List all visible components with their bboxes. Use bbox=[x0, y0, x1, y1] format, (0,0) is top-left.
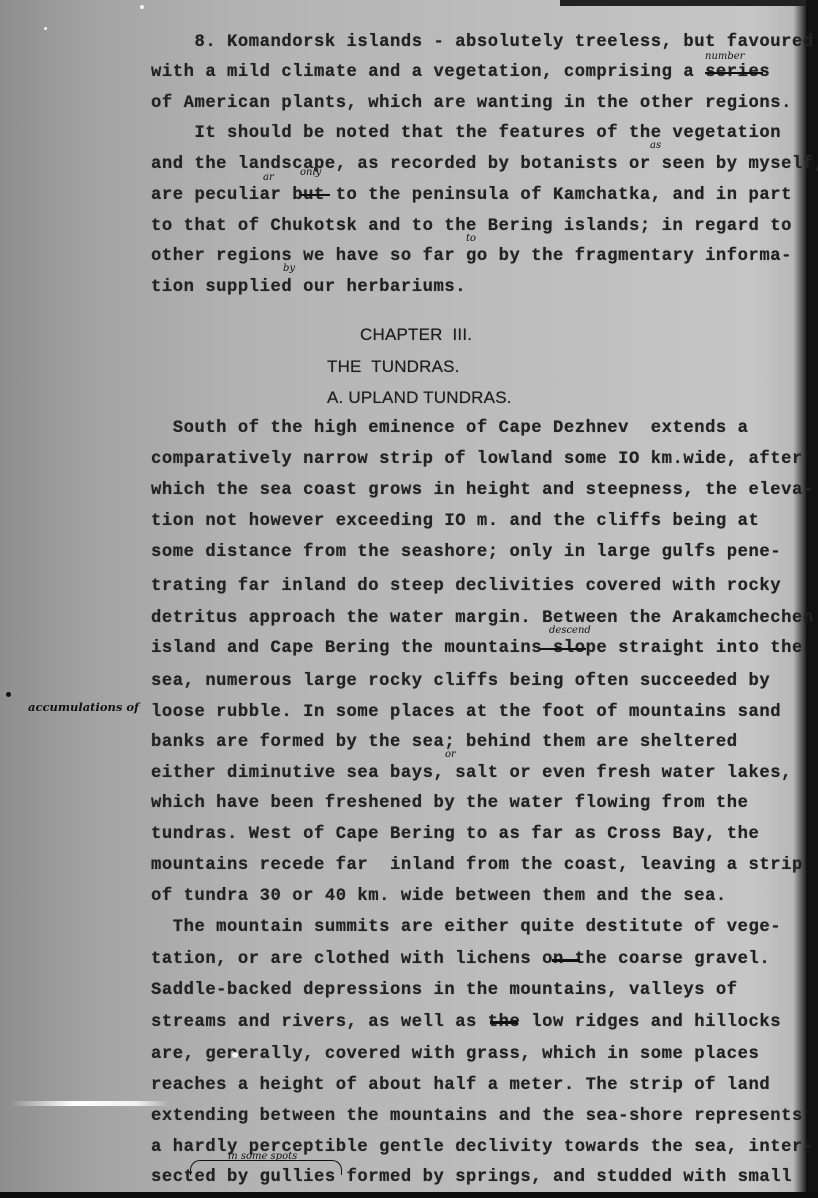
text-line: tundras. West of Cape Bering to as far a… bbox=[151, 825, 759, 844]
text-line: The mountain summits are either quite de… bbox=[151, 918, 781, 937]
text-line: comparatively narrow strip of lowland so… bbox=[151, 450, 803, 469]
text-line: It should be noted that the features of … bbox=[151, 124, 781, 143]
text-line: trating far inland do steep declivities … bbox=[151, 577, 781, 596]
insertion-bracket bbox=[190, 1160, 342, 1175]
strikethrough-the-2 bbox=[490, 1021, 518, 1024]
scan-speck bbox=[232, 1052, 238, 1058]
scan-border-top bbox=[560, 0, 818, 6]
scan-border-bottom bbox=[0, 1192, 818, 1198]
text-line: some distance from the seashore; only in… bbox=[151, 543, 781, 562]
strikethrough-the bbox=[552, 959, 580, 962]
text-line: mountains recede far inland from the coa… bbox=[151, 856, 803, 875]
text-line: sea, numerous large rocky cliffs being o… bbox=[151, 672, 770, 691]
annotation-accumulations-of: accumulations of bbox=[28, 700, 139, 714]
chapter-title: CHAPTER III. bbox=[360, 325, 472, 345]
text-line: are peculiar but to the peninsula of Kam… bbox=[151, 186, 792, 205]
chapter-subtitle: THE TUNDRAS. bbox=[327, 357, 460, 377]
text-line: tion supplied our herbariums. bbox=[151, 278, 466, 297]
annotation-descend: descend bbox=[549, 625, 591, 636]
text-line: other regions we have so far go by the f… bbox=[151, 247, 792, 266]
strikethrough-series bbox=[705, 72, 763, 74]
text-line: with a mild climate and a vegetation, co… bbox=[151, 63, 770, 82]
text-line: reaches a height of about half a meter. … bbox=[151, 1076, 770, 1095]
text-line: either diminutive sea bays, salt or even… bbox=[151, 764, 792, 783]
text-line: island and Cape Bering the mountains slo… bbox=[151, 639, 803, 658]
text-line: streams and rivers, as well as the low r… bbox=[151, 1013, 781, 1032]
annotation-number: number bbox=[705, 51, 744, 62]
scan-artifact-streak bbox=[10, 1101, 170, 1106]
text-line: loose rubble. In some places at the foot… bbox=[151, 703, 781, 722]
section-title: A. UPLAND TUNDRAS. bbox=[327, 388, 512, 408]
text-line: Saddle-backed depressions in the mountai… bbox=[151, 981, 738, 1000]
text-line: of tundra 30 or 40 km. wide between them… bbox=[151, 887, 727, 906]
annotation-by: by bbox=[283, 263, 295, 274]
annotation-only: only bbox=[300, 167, 321, 178]
text-line: tion not however exceeding IO m. and the… bbox=[151, 512, 759, 531]
text-line: are, generally, covered with grass, whic… bbox=[151, 1045, 759, 1064]
strikethrough-but bbox=[300, 194, 330, 196]
text-line: South of the high eminence of Cape Dezhn… bbox=[151, 419, 749, 438]
text-line: which the sea coast grows in height and … bbox=[151, 481, 814, 500]
annotation-ar: ar bbox=[263, 172, 274, 183]
text-line: and the landscape, as recorded by botani… bbox=[151, 155, 818, 174]
scan-border-right bbox=[806, 0, 818, 1198]
text-line: tation, or are clothed with lichens on t… bbox=[151, 950, 770, 969]
scanned-typescript-page: 8. Komandorsk islands - absolutely treel… bbox=[0, 0, 818, 1198]
text-line: of American plants, which are wanting in… bbox=[151, 94, 792, 113]
text-line: detritus approach the water margin. Betw… bbox=[151, 609, 814, 628]
annotation-to: to bbox=[466, 233, 476, 244]
text-line: which have been freshened by the water f… bbox=[151, 794, 749, 813]
text-line: 8. Komandorsk islands - absolutely treel… bbox=[151, 33, 814, 52]
scan-speck bbox=[140, 5, 144, 9]
scan-speck bbox=[44, 27, 47, 30]
margin-dot bbox=[6, 692, 11, 697]
annotation-or: or bbox=[445, 749, 456, 760]
text-line: extending between the mountains and the … bbox=[151, 1107, 803, 1126]
annotation-as: as bbox=[650, 140, 661, 151]
strikethrough-slope bbox=[540, 648, 586, 650]
